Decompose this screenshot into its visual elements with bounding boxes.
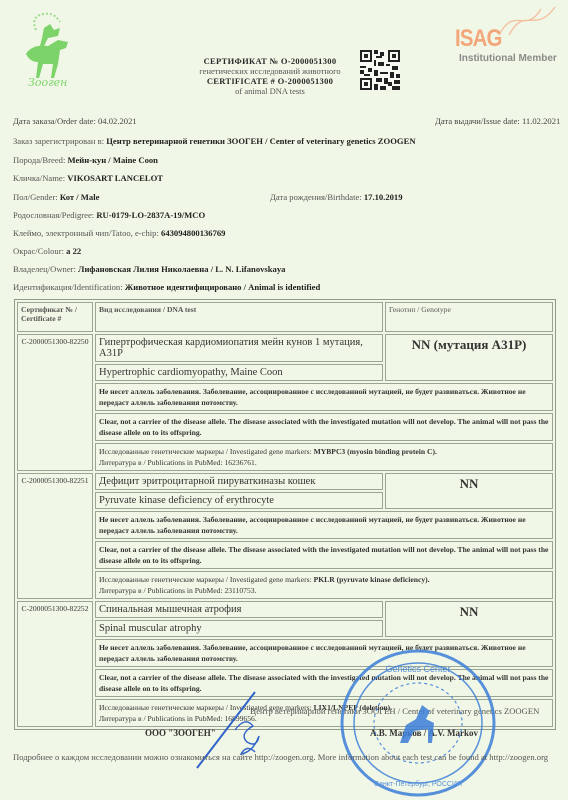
certificate-id: C-2000051300-82251 — [17, 473, 93, 599]
gender-label: Пол/Gender: — [13, 192, 58, 202]
result-description-en: Clear, not a carrier of the disease alle… — [95, 413, 553, 441]
title-ru: СЕРТИФИКАТ № О-2000051300 — [170, 56, 370, 66]
header-genotype: Генотип / Genotype — [385, 302, 553, 332]
test-name-en: Hypertrophic cardiomyopathy, Maine Coon — [95, 364, 383, 381]
owner: Владелец/Owner: Лифановская Лилия Никола… — [13, 264, 285, 274]
official-stamp-icon: Genetics Center Санкт-Петербург, РОССИЯ — [338, 648, 498, 798]
svg-text:Genetics Center: Genetics Center — [385, 664, 450, 674]
isag-label: ISAG — [455, 25, 501, 53]
birthdate: Дата рождения/Birthdate: 17.10.2019 — [270, 192, 403, 202]
pedigree: Родословная/Pedigree: RU-0179-LO-2837A-1… — [13, 210, 205, 220]
logo-text: Зооген — [28, 76, 67, 89]
order-date-label: Дата заказа/Order date: — [13, 116, 96, 126]
pedigree-value: RU-0179-LO-2837A-19/MCO — [96, 210, 205, 220]
certificate-title-block: СЕРТИФИКАТ № О-2000051300 генетических и… — [170, 56, 370, 96]
markers-value: PKLR (pyruvate kinase deficiency). — [314, 575, 430, 584]
issue-date-label: Дата выдачи/Issue date: — [435, 116, 520, 126]
breed: Порода/Breed: Мейн-кун / Maine Coon — [13, 155, 158, 165]
birthdate-value: 17.10.2019 — [364, 192, 403, 202]
name-value: VIKOSART LANCELOT — [67, 173, 163, 183]
markers-label: Исследованные генетические маркеры / Inv… — [99, 575, 312, 584]
colour: Окрас/Colour: a 22 — [13, 246, 81, 256]
result-description-ru: Не несет аллель заболевания. Заболевание… — [95, 383, 553, 411]
subtitle-en: of animal DNA tests — [170, 86, 370, 96]
colour-label: Окрас/Colour: — [13, 246, 64, 256]
certificate-id: C-2000051300-82250 — [17, 334, 93, 471]
isag-member-badge: ISAG Institutional Member — [455, 5, 565, 75]
test-name-en: Pyruvate kinase deficiency of erythrocyt… — [95, 492, 383, 509]
chip-label: Клеймо, электронный чип/Tatoo, e-chip: — [13, 228, 159, 238]
registered-at: Заказ зарегистрирован в: Центр ветеринар… — [13, 136, 416, 146]
genotype-result: NN — [385, 473, 553, 509]
owner-label: Владелец/Owner: — [13, 264, 76, 274]
pedigree-label: Родословная/Pedigree: — [13, 210, 94, 220]
pubmed-reference: Литература в / Publications in PubMed: 2… — [99, 586, 256, 595]
chip-value: 643094800136769 — [161, 228, 225, 238]
certificate-id: C-2000051300-82252 — [17, 601, 93, 727]
dna-helix-icon — [495, 5, 565, 39]
qr-code — [360, 50, 400, 90]
footer-note: Подробнее о каждом исследовании можно оз… — [13, 752, 553, 763]
table-row: C-2000051300-82250 Гипертрофическая кард… — [17, 334, 553, 362]
chip: Клеймо, электронный чип/Tatoo, e-chip: 6… — [13, 228, 225, 238]
gene-markers: Исследованные генетические маркеры / Inv… — [95, 443, 553, 471]
identification-value: Животное идентифицировано / Animal is id… — [125, 282, 321, 292]
title-en: CERTIFICATE # O-2000051300 — [170, 76, 370, 86]
owner-value: Лифановская Лилия Николаевна / L. N. Lif… — [78, 264, 285, 274]
result-description-ru: Не несет аллель заболевания. Заболевание… — [95, 511, 553, 539]
order-date: Дата заказа/Order date: 04.02.2021 — [13, 116, 137, 126]
zoogen-logo: Зооген — [14, 10, 84, 90]
order-date-value: 04.02.2021 — [98, 116, 137, 126]
identification-label: Идентификация/Identification: — [13, 282, 123, 292]
gender-value: Кот / Male — [60, 192, 100, 202]
test-name-ru: Спинальная мышечная атрофия — [95, 601, 383, 618]
table-row: C-2000051300-82251 Дефицит эритроцитарно… — [17, 473, 553, 490]
test-name-ru: Гипертрофическая кардиомиопатия мейн кун… — [95, 334, 383, 362]
markers-label: Исследованные генетические маркеры / Inv… — [99, 447, 312, 456]
gender: Пол/Gender: Кот / Male — [13, 192, 99, 202]
gene-markers: Исследованные генетические маркеры / Inv… — [95, 571, 553, 599]
subtitle-ru: генетических исследований животного — [170, 66, 370, 76]
name-label: Кличка/Name: — [13, 173, 65, 183]
breed-label: Порода/Breed: — [13, 155, 65, 165]
isag-subtitle: Institutional Member — [459, 53, 557, 64]
test-name-en: Spinal muscular atrophy — [95, 620, 383, 637]
qr-code-icon — [360, 50, 400, 90]
registered-label: Заказ зарегистрирован в: — [13, 136, 104, 146]
header-dna-test: Вид исследования / DNA test — [95, 302, 383, 332]
birthdate-label: Дата рождения/Birthdate: — [270, 192, 362, 202]
result-description-en: Clear, not a carrier of the disease alle… — [95, 541, 553, 569]
header-certificate: Сертификат № / Certificate # — [17, 302, 93, 332]
identification: Идентификация/Identification: Животное и… — [13, 282, 320, 292]
issue-date-value: 11.02.2021 — [522, 116, 560, 126]
markers-value: MYBPC3 (myosin binding protein C). — [314, 447, 437, 456]
genotype-result: NN (мутация A31P) — [385, 334, 553, 381]
registered-value: Центр ветеринарной генетики ЗООГЕН / Cen… — [106, 136, 415, 146]
colour-value: a 22 — [66, 246, 81, 256]
issue-date: Дата выдачи/Issue date: 11.02.2021 — [435, 116, 560, 126]
svg-text:Санкт-Петербург, РОССИЯ: Санкт-Петербург, РОССИЯ — [374, 780, 462, 788]
genotype-result: NN — [385, 601, 553, 637]
table-header-row: Сертификат № / Certificate # Вид исследо… — [17, 302, 553, 332]
test-name-ru: Дефицит эритроцитарной пируваткиназы кош… — [95, 473, 383, 490]
pubmed-reference: Литература в / Publications in PubMed: 1… — [99, 458, 257, 467]
table-row: C-2000051300-82252 Спинальная мышечная а… — [17, 601, 553, 618]
breed-value: Мейн-кун / Maine Coon — [68, 155, 158, 165]
animal-name: Кличка/Name: VIKOSART LANCELOT — [13, 173, 163, 183]
